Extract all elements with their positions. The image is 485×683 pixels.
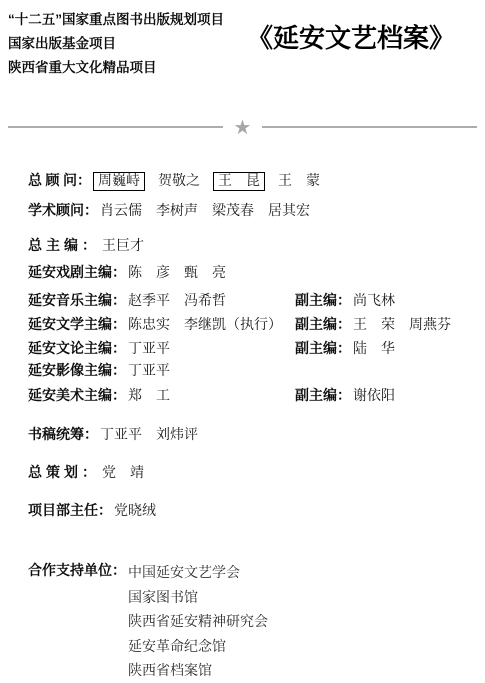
person-name: 贺敬之	[158, 172, 200, 192]
credit-names: 王巨才	[102, 239, 144, 254]
credit-label: 延安文学主编：	[28, 318, 126, 333]
partner-unit: 陕西省档案馆	[128, 660, 268, 680]
credit-names: 党晓绒	[114, 504, 156, 519]
divider-line-right	[262, 126, 477, 128]
star-divider: ★	[8, 118, 477, 136]
credit-row-chief-editor: 总主编：王巨才	[28, 237, 485, 257]
deputy-editor-group: 副主编：尚飞林	[295, 292, 395, 312]
credit-row-fine-arts-editor: 延安美术主编：郑 工 副主编：谢依阳	[28, 387, 485, 407]
partner-unit: 国家图书馆	[128, 587, 268, 607]
credit-label: 延安戏剧主编：	[28, 266, 126, 281]
boxed-memorial-name: 王 昆	[213, 172, 265, 191]
deputy-names: 王 荣 周燕芬	[353, 318, 451, 333]
credit-label: 延安文论主编：	[28, 342, 126, 357]
credit-names: 丁亚平	[128, 364, 170, 379]
deputy-label: 副主编：	[295, 318, 351, 333]
credit-names: 郑 工	[128, 389, 170, 404]
star-icon: ★	[223, 118, 263, 136]
credit-row-photography-editor: 延安影像主编：丁亚平	[28, 362, 485, 382]
credit-names: 丁亚平	[128, 342, 170, 357]
credits-list: 总 顾 问：周巍峙贺敬之王 昆王 蒙 学术顾问：肖云儒 李树声 梁茂春 居其宏 …	[0, 172, 485, 683]
boxed-memorial-name: 周巍峙	[93, 172, 145, 191]
credit-label: 延安音乐主编：	[28, 294, 126, 309]
credit-label: 学术顾问：	[28, 204, 98, 219]
credit-label: 总 顾 问：	[28, 174, 91, 189]
credit-names: 陈忠实 李继凯（执行）	[128, 318, 282, 333]
partner-unit: 中国延安文艺学会	[128, 562, 268, 582]
credit-label: 总策划：	[28, 466, 100, 481]
book-credits-page: “十二五”国家重点图书出版规划项目 国家出版基金项目 陕西省重大文化精品项目 《…	[0, 0, 485, 683]
credit-row-academic-consultant: 学术顾问：肖云儒 李树声 梁茂春 居其宏	[28, 202, 485, 222]
credit-row-literature-editor: 延安文学主编：陈忠实 李继凯（执行） 副主编：王 荣 周燕芬	[28, 316, 485, 336]
project-line-3: 陕西省重大文化精品项目	[8, 56, 258, 80]
project-line-2: 国家出版基金项目	[8, 32, 258, 56]
credit-label: 延安美术主编：	[28, 389, 126, 404]
deputy-names: 谢依阳	[353, 389, 395, 404]
partners-units: 中国延安文艺学会 国家图书馆 陕西省延安精神研究会 延安革命纪念馆 陕西省档案馆	[128, 562, 268, 683]
divider-line-left	[8, 126, 223, 128]
credit-names: 陈 彦 甄 亮	[128, 266, 226, 281]
credit-row-chief-planner: 总策划：党 靖	[28, 464, 485, 484]
project-designations: “十二五”国家重点图书出版规划项目 国家出版基金项目 陕西省重大文化精品项目	[8, 8, 258, 80]
credit-row-criticism-editor: 延安文论主编：丁亚平 副主编：陆 华	[28, 340, 485, 360]
credit-label: 书稿统筹：	[28, 428, 98, 443]
credit-names: 赵季平 冯希哲	[128, 294, 226, 309]
credit-row-drama-editor: 延安戏剧主编：陈 彦 甄 亮	[28, 264, 485, 284]
credit-names: 肖云儒 李树声 梁茂春 居其宏	[100, 204, 310, 219]
deputy-editor-group: 副主编：王 荣 周燕芬	[295, 316, 451, 336]
credit-row-manuscript-coordinator: 书稿统筹：丁亚平 刘炜评	[28, 426, 485, 446]
deputy-label: 副主编：	[295, 342, 351, 357]
credit-label: 总主编：	[28, 239, 100, 254]
credit-label: 延安影像主编：	[28, 364, 126, 379]
credit-names: 党 靖	[102, 466, 144, 481]
credit-row-music-editor: 延安音乐主编：赵季平 冯希哲 副主编：尚飞林	[28, 292, 485, 312]
book-title: 《延安文艺档案》	[247, 22, 455, 54]
credit-label: 项目部主任：	[28, 504, 112, 519]
credit-row-chief-consultant: 总 顾 问：周巍峙贺敬之王 昆王 蒙	[28, 172, 485, 192]
partner-unit: 延安革命纪念馆	[128, 636, 268, 656]
credit-row-project-director: 项目部主任：党晓绒	[28, 502, 485, 522]
partners-section: 合作支持单位： 中国延安文艺学会 国家图书馆 陕西省延安精神研究会 延安革命纪念…	[28, 562, 485, 683]
deputy-label: 副主编：	[295, 389, 351, 404]
deputy-names: 陆 华	[353, 342, 395, 357]
partners-label: 合作支持单位：	[28, 562, 126, 582]
page-header: “十二五”国家重点图书出版规划项目 国家出版基金项目 陕西省重大文化精品项目 《…	[0, 0, 485, 84]
credit-names: 周巍峙贺敬之王 昆王 蒙	[93, 174, 320, 189]
partner-unit: 陕西省延安精神研究会	[128, 611, 268, 631]
deputy-editor-group: 副主编：陆 华	[295, 340, 395, 360]
project-line-1: “十二五”国家重点图书出版规划项目	[8, 8, 258, 32]
deputy-names: 尚飞林	[353, 294, 395, 309]
deputy-editor-group: 副主编：谢依阳	[295, 387, 395, 407]
credit-names: 丁亚平 刘炜评	[100, 428, 198, 443]
deputy-label: 副主编：	[295, 294, 351, 309]
person-name: 王 蒙	[278, 172, 320, 192]
